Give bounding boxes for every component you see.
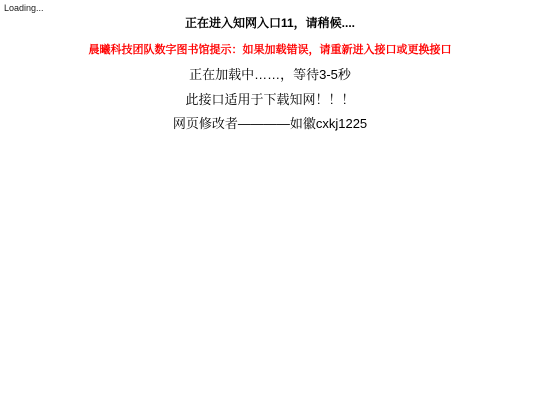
loading-indicator-text: Loading... (0, 0, 540, 13)
loading-status-text: 正在加载中……，等待3-5秒 (0, 67, 540, 82)
message-stack: 正在进入知网入口11，请稍候.... 晨曦科技团队数字图书馆提示：如果加载错误，… (0, 16, 540, 131)
entry-title-text: 正在进入知网入口11，请稍候.... (0, 16, 540, 30)
team-warning-text: 晨曦科技团队数字图书馆提示：如果加载错误，请重新进入接口或更换接口 (0, 44, 540, 57)
interface-usage-text: 此接口适用于下载知网！！！ (0, 92, 540, 107)
page-author-text: 网页修改者————如徽cxkj1225 (0, 116, 540, 131)
